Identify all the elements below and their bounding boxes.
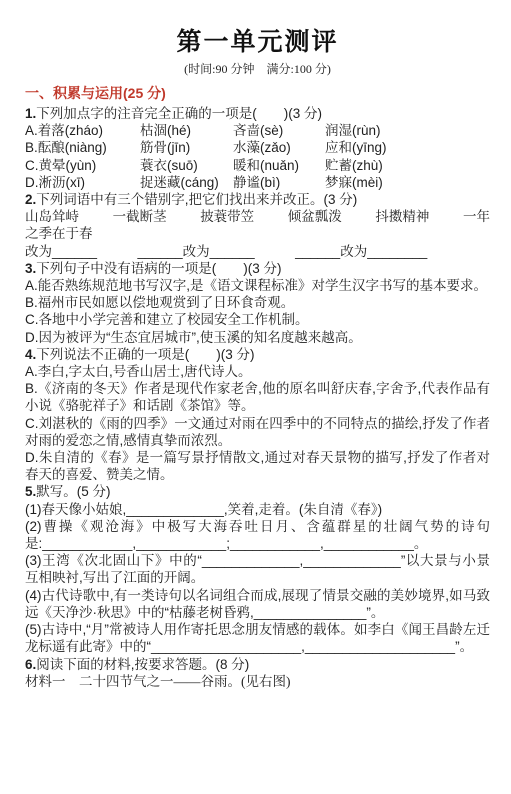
q4-option-a: A.李白,字太白,号香山居士,唐代诗人。 — [25, 363, 490, 380]
q6-material-one: 材料一 二十四节气之一——谷雨。(见右图) — [25, 673, 490, 690]
q4-stem: 4.下列说法不正确的一项是( )(3 分) — [25, 346, 490, 363]
q5-number: 5. — [25, 484, 36, 499]
q1-option-cell: 静谧(bì) — [233, 174, 325, 191]
q2-typo-words-row: 山岛耸峙 一截断茎 披蓑带笠 倾盆瓢泼 抖擞精神 一年 — [25, 208, 490, 225]
q1-stem: 1.下列加点字的注音完全正确的一项是( )(3 分) — [25, 105, 490, 122]
q1-option-cell: A.着落(zháo) — [25, 122, 140, 139]
q2-stem-text: 下列词语中有三个错别字,把它们找出来并改正。(3 分) — [36, 192, 357, 207]
q5-stem-text: 默写。(5 分) — [36, 484, 110, 499]
q6-stem: 6.阅读下面的材料,按要求答题。(8 分) — [25, 656, 490, 673]
q1-option-cell: 暖和(nuǎn) — [233, 157, 325, 174]
section-heading: 一、积累与运用(25 分) — [25, 83, 490, 103]
q4-number: 4. — [25, 347, 36, 362]
q3-number: 3. — [25, 261, 36, 276]
q6-stem-text: 阅读下面的材料,按要求答题。(8 分) — [36, 657, 249, 672]
q5-item-4: (4)古代诗歌中,有一类诗句以名词组合而成,展现了情景交融的美妙境界,如马致远《… — [25, 587, 490, 621]
q1-option-cell: 润湿(rùn) — [325, 122, 490, 139]
page-title: 第一单元测评 — [25, 22, 490, 58]
q5-stem: 5.默写。(5 分) — [25, 483, 490, 500]
q5-item-5: (5)古诗中,“月”常被诗人用作寄托思念朋友情感的载体。如李白《闻王昌龄左迁龙标… — [25, 621, 490, 655]
typo-word: 抖擞精神 — [375, 208, 429, 225]
q2-number: 2. — [25, 192, 36, 207]
q1-option-cell: 水藻(zǎo) — [233, 139, 325, 156]
q2-typo-words-wrap: 之季在于春 — [25, 225, 490, 242]
q1-option-cell: D.淅沥(xī) — [25, 174, 140, 191]
q2-stem: 2.下列词语中有三个错别字,把它们找出来并改正。(3 分) — [25, 191, 490, 208]
q3-option-c: C.各地中小学完善和建立了校园安全工作机制。 — [25, 311, 490, 328]
q3-option-a: A.能否熟练规范地书写汉字,是《语文课程标准》对学生汉字书写的基本要求。 — [25, 277, 490, 294]
typo-word: 一截断茎 — [113, 208, 167, 225]
q3-option-b: B.福州市民如愿以偿地观赏到了日环食奇观。 — [25, 294, 490, 311]
q1-option-cell: C.黄晕(yùn) — [25, 157, 140, 174]
q1-option-cell: B.酝酿(niàng) — [25, 139, 140, 156]
typo-word: 披蓑带笠 — [200, 208, 254, 225]
typo-word: 一年 — [463, 208, 490, 225]
q1-option-cell: 贮蓄(zhù) — [325, 157, 490, 174]
q4-option-c: C.刘湛秋的《雨的四季》一文通过对雨在四季中的不同特点的描绘,抒发了作者对雨的爱… — [25, 415, 490, 449]
test-paper-page: 第一单元测评 (时间:90 分钟 满分:100 分) 一、积累与运用(25 分)… — [0, 0, 511, 690]
q1-option-cell: 吝啬(sè) — [233, 122, 325, 139]
q4-stem-text: 下列说法不正确的一项是( )(3 分) — [36, 347, 254, 362]
q1-option-cell: 梦寐(mèi) — [325, 174, 490, 191]
q1-option-cell: 捉迷藏(cáng) — [140, 174, 233, 191]
q1-option-cell: 枯涸(hé) — [140, 122, 233, 139]
typo-word: 倾盆瓢泼 — [288, 208, 342, 225]
q1-stem-text: 下列加点字的注音完全正确的一项是( )(3 分) — [36, 106, 322, 121]
q5-item-2: (2)曹操《观沧海》中极写大海吞吐日月、含蕴群星的壮阔气势的诗句是:______… — [25, 518, 490, 552]
q2-answer-blanks: 改为______ ______改为______ ______改为________ — [25, 243, 490, 260]
q5-item-1: (1)春天像小姑娘,_____________,笑着,走着。(朱自清《春》) — [25, 501, 490, 518]
q6-number: 6. — [25, 657, 36, 672]
q1-option-cell: 蓑衣(suō) — [140, 157, 233, 174]
q1-options-grid: A.着落(zháo) 枯涸(hé) 吝啬(sè) 润湿(rùn) B.酝酿(ni… — [25, 122, 490, 191]
q3-stem: 3.下列句子中没有语病的一项是( )(3 分) — [25, 260, 490, 277]
typo-word: 山岛耸峙 — [25, 208, 79, 225]
q3-stem-text: 下列句子中没有语病的一项是( )(3 分) — [36, 261, 281, 276]
q3-option-d: D.因为被评为“生态宜居城市”,使玉溪的知名度越来越高。 — [25, 329, 490, 346]
q5-item-3: (3)王湾《次北固山下》中的“_____________,___________… — [25, 552, 490, 586]
q1-option-cell: 应和(yīng) — [325, 139, 490, 156]
q1-number: 1. — [25, 106, 36, 121]
q4-option-b: B.《济南的冬天》作者是现代作家老舍,他的原名叫舒庆春,字舍予,代表作品有小说《… — [25, 380, 490, 414]
exam-time-score-meta: (时间:90 分钟 满分:100 分) — [25, 60, 490, 77]
q4-option-d: D.朱自清的《春》是一篇写景抒情散文,通过对春天景物的描写,抒发了作者对春天的喜… — [25, 449, 490, 483]
q1-option-cell: 筋骨(jīn) — [140, 139, 233, 156]
